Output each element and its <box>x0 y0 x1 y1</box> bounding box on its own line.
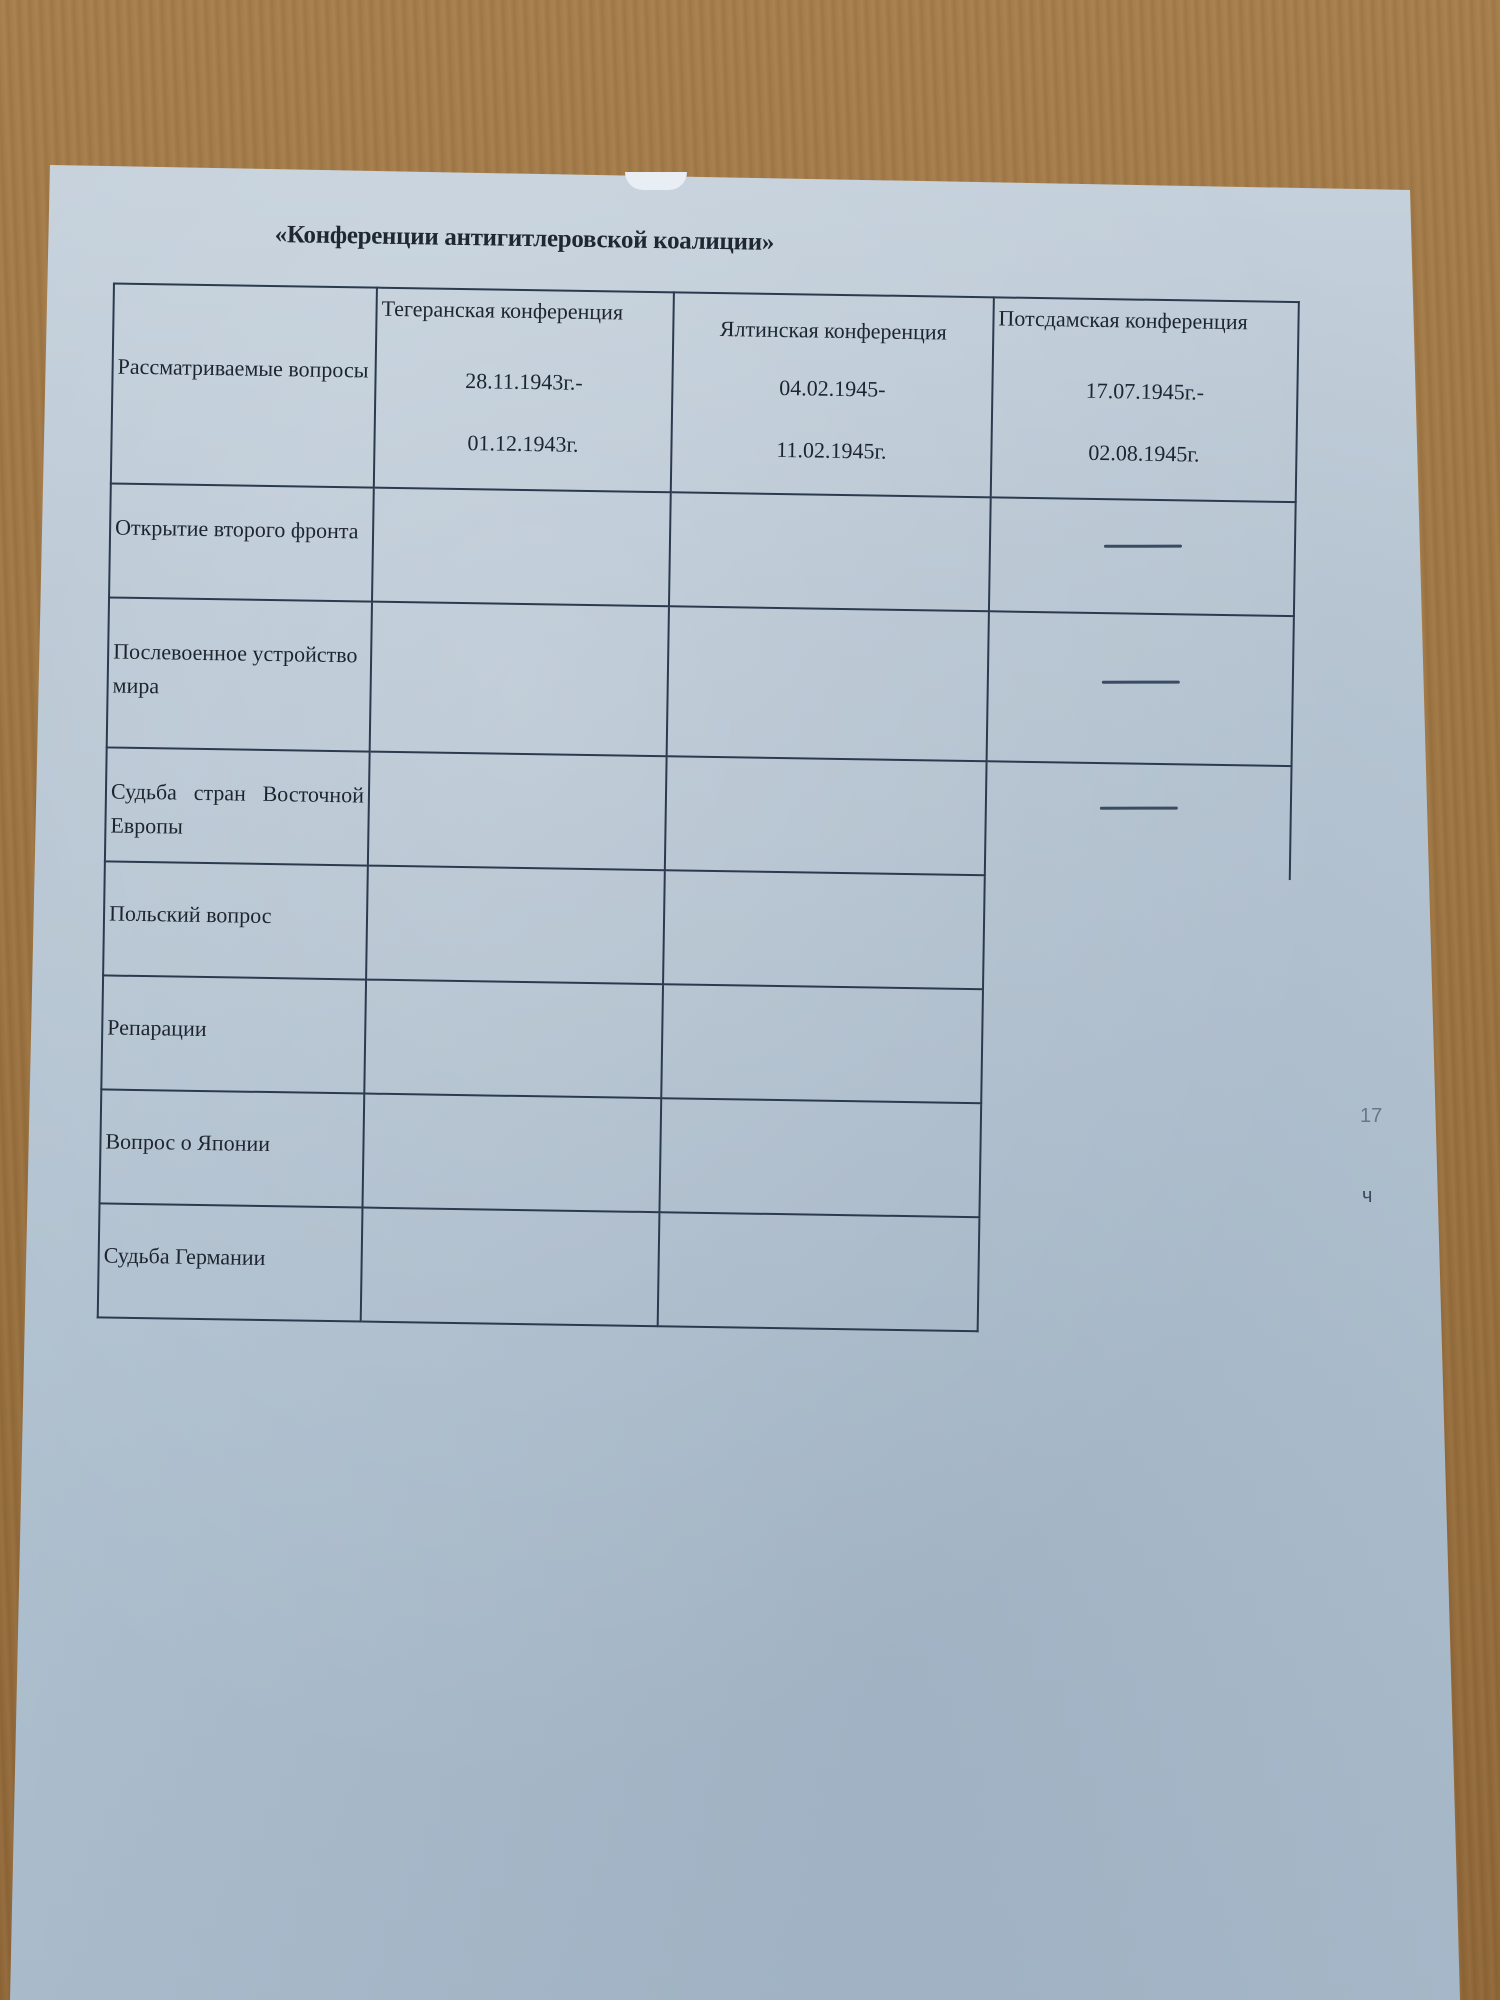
question-label: Открытие второго фронта <box>115 489 369 549</box>
header-questions: Рассматриваемые вопросы <box>111 284 377 488</box>
question-cell: Послевоенное устройство мира <box>107 597 372 751</box>
empty-space <box>979 1103 1286 1222</box>
conference-date-end: 11.02.1945г. <box>676 431 986 470</box>
handwritten-dash <box>1103 545 1181 548</box>
answer-cell-potsdam[interactable] <box>987 611 1294 766</box>
question-cell: Вопрос о Японии <box>100 1089 365 1207</box>
conference-name: Ялтинская конференция <box>678 315 988 346</box>
answer-cell-yalta[interactable] <box>665 756 987 875</box>
conference-date-end: 01.12.1943г. <box>379 425 666 464</box>
conference-date-start: 17.07.1945г.- <box>997 372 1292 411</box>
answer-cell-tehran[interactable] <box>366 866 665 985</box>
table-row: Вопрос о Японии <box>100 1089 1287 1222</box>
question-label: Вопрос о Японии <box>105 1094 359 1162</box>
question-label: Репарации <box>107 981 361 1049</box>
question-label: Судьба Германии <box>103 1208 357 1276</box>
answer-cell-tehran[interactable] <box>364 980 663 1099</box>
table-row: Послевоенное устройство мира <box>107 597 1294 766</box>
answer-cell-potsdam[interactable] <box>989 497 1296 616</box>
conferences-table: Рассматриваемые вопросы Тегеранская конф… <box>97 282 1300 1337</box>
margin-mark: 17 <box>1360 1105 1382 1128</box>
question-cell: Открытие второго фронта <box>109 483 374 601</box>
answer-cell-yalta[interactable] <box>659 1098 981 1217</box>
question-label: Послевоенное устройство мира <box>112 603 367 707</box>
answer-cell-tehran[interactable] <box>372 488 671 607</box>
answer-cell-tehran[interactable] <box>362 1094 661 1213</box>
answer-cell-tehran[interactable] <box>370 602 669 757</box>
answer-cell-tehran[interactable] <box>361 1208 660 1327</box>
question-cell: Судьба Германии <box>98 1203 363 1321</box>
table-row: Судьба стран Восточной Европы <box>105 747 1292 880</box>
question-cell: Репарации <box>101 975 366 1093</box>
answer-cell-tehran[interactable] <box>368 752 667 871</box>
answer-cell-yalta[interactable] <box>663 870 985 989</box>
question-cell: Судьба стран Восточной Европы <box>105 747 370 865</box>
conference-name: Потсдамская конференция <box>998 302 1293 339</box>
empty-space <box>981 989 1288 1108</box>
empty-space <box>983 875 1290 994</box>
margin-mark: ч <box>1362 1185 1372 1208</box>
header-questions-label: Рассматриваемые вопросы <box>117 289 371 387</box>
table-row: Польский вопрос <box>103 861 1290 994</box>
table-row: Открытие второго фронта <box>109 483 1296 616</box>
handwritten-dash <box>1099 807 1177 810</box>
answer-cell-potsdam[interactable] <box>985 761 1292 880</box>
table-header-row: Рассматриваемые вопросы Тегеранская конф… <box>111 284 1299 503</box>
header-potsdam[interactable]: Потсдамская конференция 17.07.1945г.- 02… <box>991 297 1299 502</box>
table-row: Судьба Германии <box>98 1203 1285 1336</box>
conference-date-start: 04.02.1945- <box>677 369 987 408</box>
paper-tear <box>625 172 687 190</box>
answer-cell-yalta[interactable] <box>669 492 991 611</box>
answer-cell-yalta[interactable] <box>667 606 989 761</box>
conference-name: Тегеранская конференция <box>381 293 668 330</box>
empty-space <box>978 1217 1285 1336</box>
question-label: Судьба стран Восточной Европы <box>110 753 364 847</box>
answer-cell-yalta[interactable] <box>658 1212 980 1331</box>
question-label: Польский вопрос <box>109 867 363 935</box>
question-cell: Польский вопрос <box>103 861 368 979</box>
handwritten-dash <box>1101 681 1179 684</box>
answer-cell-yalta[interactable] <box>661 984 983 1103</box>
conference-date-end: 02.08.1945г. <box>996 434 1291 473</box>
header-yalta[interactable]: Ялтинская конференция 04.02.1945- 11.02.… <box>671 292 994 497</box>
table-row: Репарации <box>101 975 1288 1108</box>
header-tehran[interactable]: Тегеранская конференция 28.11.1943г.- 01… <box>374 288 674 493</box>
conference-date-start: 28.11.1943г.- <box>380 363 667 402</box>
